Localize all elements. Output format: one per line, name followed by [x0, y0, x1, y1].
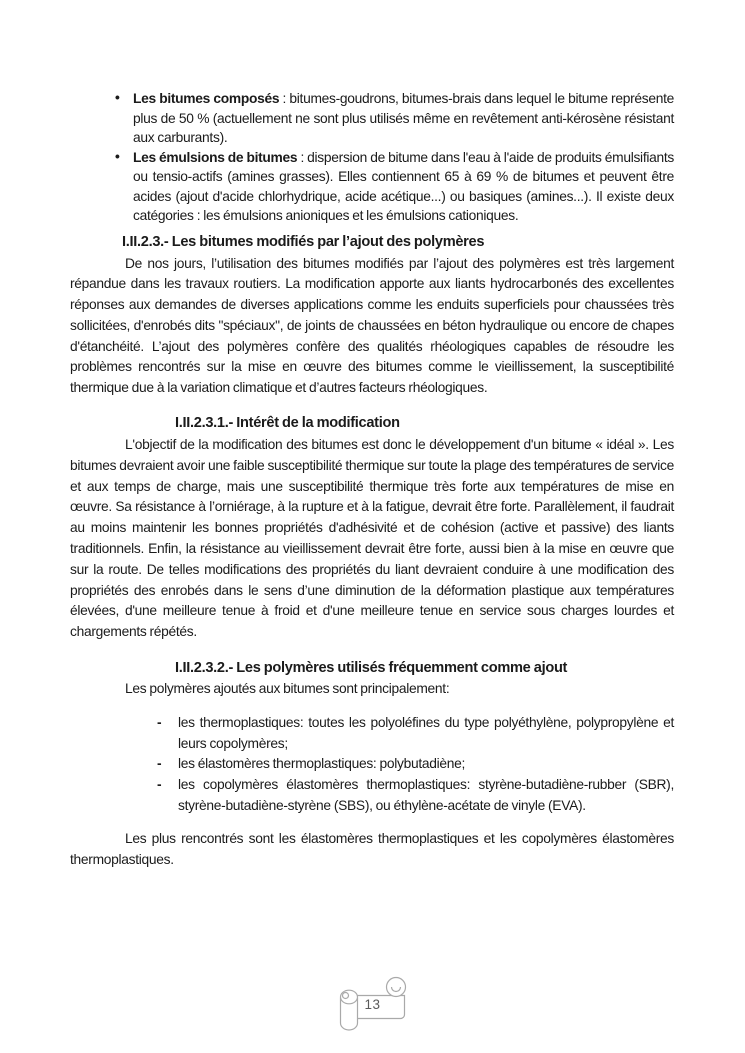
bullet-bold-label: Les émulsions de bitumes: [133, 150, 297, 165]
list-item: - les élastomères thermoplastiques: poly…: [70, 754, 674, 775]
subsection-heading: I.II.2.3.2.- Les polymères utilisés fréq…: [175, 658, 674, 679]
list-item: • Les bitumes composés : bitumes-goudron…: [70, 89, 674, 148]
section-heading: I.II.2.3.- Les bitumes modifiés par l’aj…: [122, 232, 674, 253]
scroll-banner-icon: 13: [338, 971, 408, 1037]
paragraph: Les plus rencontrés sont les élastomères…: [70, 829, 674, 871]
subsection-heading: I.II.2.3.1.- Intérêt de la modification: [175, 413, 674, 434]
dash-icon: -: [157, 754, 161, 775]
paragraph: De nos jours, l’utilisation des bitumes …: [70, 254, 674, 400]
dash-icon: -: [157, 775, 161, 796]
bullet-icon: •: [115, 147, 120, 167]
dash-icon: -: [157, 713, 161, 734]
list-item: - les thermoplastiques: toutes les polyo…: [70, 713, 674, 755]
dash-item-text: les élastomères thermoplastiques: polybu…: [178, 756, 465, 771]
bullet-list: • Les bitumes composés : bitumes-goudron…: [70, 89, 674, 226]
page-content: • Les bitumes composés : bitumes-goudron…: [0, 0, 745, 870]
page-number: 13: [338, 997, 408, 1012]
bullet-icon: •: [115, 88, 120, 108]
list-item: - les copolymères élastomères thermoplas…: [70, 775, 674, 817]
dash-item-text: les thermoplastiques: toutes les polyolé…: [178, 715, 674, 751]
dash-list: - les thermoplastiques: toutes les polyo…: [70, 713, 674, 817]
list-intro-text: Les polymères ajoutés aux bitumes sont p…: [70, 679, 674, 700]
document-page: • Les bitumes composés : bitumes-goudron…: [0, 0, 745, 1053]
dash-item-text: les copolymères élastomères thermoplasti…: [178, 777, 674, 813]
list-item: • Les émulsions de bitumes : dispersion …: [70, 148, 674, 226]
bullet-bold-label: Les bitumes composés: [133, 91, 279, 106]
page-footer: 13: [0, 971, 745, 1037]
paragraph: L'objectif de la modification des bitume…: [70, 435, 674, 643]
